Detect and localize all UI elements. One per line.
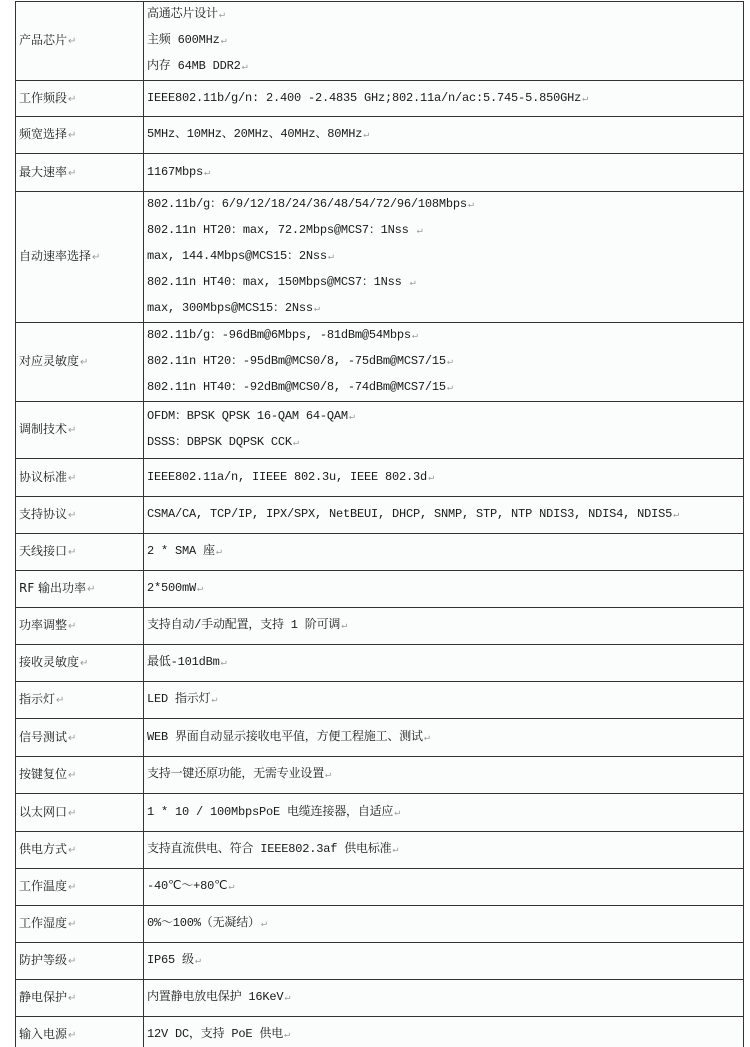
spec-value: 支持一键还原功能，无需专业设置↵ bbox=[144, 757, 744, 794]
paragraph-mark-icon: ↵ bbox=[80, 658, 88, 669]
paragraph-mark-icon: ↵ bbox=[68, 956, 76, 967]
spec-row: 支持协议↵ CSMA/CA, TCP/IP, IPX/SPX, NetBEUI,… bbox=[16, 497, 744, 534]
paragraph-mark-icon: ↵ bbox=[68, 845, 76, 856]
paragraph-mark-icon: ↵ bbox=[363, 130, 369, 141]
spec-value: IEEE802.11a/n, IIEEE 802.3u, IEEE 802.3d… bbox=[144, 459, 744, 497]
spec-label-text: 供电方式 bbox=[19, 842, 67, 856]
spec-label-text: 输入电源 bbox=[19, 1027, 67, 1041]
spec-value: 高通芯片设计↵主频 600MHz↵内存 64MB DDR2↵ bbox=[144, 2, 744, 81]
spec-value-line: CSMA/CA, TCP/IP, IPX/SPX, NetBEUI, DHCP,… bbox=[147, 502, 741, 528]
spec-value: 最低-101dBm↵ bbox=[144, 645, 744, 682]
spec-row: 对应灵敏度↵ 802.11b/g：-96dBm@6Mbps, -81dBm@54… bbox=[16, 323, 744, 402]
spec-row: 工作频段↵ IEEE802.11b/g/n: 2.400 -2.4835 GHz… bbox=[16, 81, 744, 117]
spec-value: 1167Mbps↵ bbox=[144, 154, 744, 192]
spec-row: 接收灵敏度↵ 最低-101dBm↵ bbox=[16, 645, 744, 682]
spec-value-line: 内置静电放电保护 16KeV↵ bbox=[147, 985, 741, 1011]
spec-value: IEEE802.11b/g/n: 2.400 -2.4835 GHz;802.1… bbox=[144, 81, 744, 117]
spec-label: 频宽选择↵ bbox=[16, 117, 144, 154]
spec-label: 自动速率选择↵ bbox=[16, 192, 144, 323]
paragraph-mark-icon: ↵ bbox=[68, 1030, 76, 1041]
paragraph-mark-icon: ↵ bbox=[221, 36, 227, 47]
spec-value-line: 内存 64MB DDR2↵ bbox=[147, 54, 741, 80]
paragraph-mark-icon: ↵ bbox=[424, 733, 430, 744]
spec-label-text: 工作温度 bbox=[19, 879, 67, 893]
spec-value: 12V DC，支持 PoE 供电↵ bbox=[144, 1017, 744, 1047]
spec-label: 工作频段↵ bbox=[16, 81, 144, 117]
paragraph-mark-icon: ↵ bbox=[68, 770, 76, 781]
paragraph-mark-icon: ↵ bbox=[221, 658, 227, 669]
spec-value-line: 802.11b/g：-96dBm@6Mbps, -81dBm@54Mbps↵ bbox=[147, 323, 741, 349]
paragraph-mark-icon: ↵ bbox=[68, 919, 76, 930]
paragraph-mark-icon: ↵ bbox=[314, 304, 320, 315]
paragraph-mark-icon: ↵ bbox=[410, 278, 416, 289]
spec-value: 802.11b/g：-96dBm@6Mbps, -81dBm@54Mbps↵80… bbox=[144, 323, 744, 402]
spec-row: 调制技术↵ OFDM：BPSK QPSK 16-QAM 64-QAM↵DSSS：… bbox=[16, 402, 744, 459]
spec-value-line: 高通芯片设计↵ bbox=[147, 2, 741, 28]
paragraph-mark-icon: ↵ bbox=[219, 10, 225, 21]
spec-value-line: 802.11b/g：6/9/12/18/24/36/48/54/72/96/10… bbox=[147, 192, 741, 218]
spec-value-line: LED 指示灯↵ bbox=[147, 687, 741, 713]
paragraph-mark-icon: ↵ bbox=[68, 36, 76, 47]
spec-value-line: 2*500mW↵ bbox=[147, 576, 741, 602]
paragraph-mark-icon: ↵ bbox=[328, 252, 334, 263]
spec-value-line: 支持直流供电、符合 IEEE802.3af 供电标准↵ bbox=[147, 837, 741, 863]
paragraph-mark-icon: ↵ bbox=[468, 200, 474, 211]
paragraph-mark-icon: ↵ bbox=[582, 94, 588, 105]
spec-value: 5MHz、10MHz、20MHz、40MHz、80MHz↵ bbox=[144, 117, 744, 154]
spec-row: 防护等级↵ IP65 级↵ bbox=[16, 943, 744, 980]
spec-value-line: WEB 界面自动显示接收电平值，方便工程施工、测试↵ bbox=[147, 725, 741, 751]
spec-label-text: 工作频段 bbox=[19, 91, 67, 105]
spec-label-text: 接收灵敏度 bbox=[19, 655, 79, 669]
spec-value: 支持直流供电、符合 IEEE802.3af 供电标准↵ bbox=[144, 832, 744, 869]
spec-value-line: OFDM：BPSK QPSK 16-QAM 64-QAM↵ bbox=[147, 404, 741, 430]
spec-label-text: 产品芯片 bbox=[19, 33, 67, 47]
spec-value: -40℃～+80℃↵ bbox=[144, 869, 744, 906]
spec-value-line: IEEE802.11b/g/n: 2.400 -2.4835 GHz;802.1… bbox=[147, 86, 741, 112]
paragraph-mark-icon: ↵ bbox=[68, 993, 76, 1004]
spec-row: 功率调整↵ 支持自动/手动配置，支持 1 阶可调↵ bbox=[16, 608, 744, 645]
paragraph-mark-icon: ↵ bbox=[87, 584, 95, 595]
paragraph-mark-icon: ↵ bbox=[392, 845, 398, 856]
spec-value-line: 12V DC，支持 PoE 供电↵ bbox=[147, 1022, 741, 1047]
paragraph-mark-icon: ↵ bbox=[216, 547, 222, 558]
spec-label-text: 按键复位 bbox=[19, 767, 67, 781]
spec-label-text: 功率调整 bbox=[19, 618, 67, 632]
paragraph-mark-icon: ↵ bbox=[68, 425, 76, 436]
spec-value-line: 802.11n HT40：max, 150Mbps@MCS7：1Nss ↵ bbox=[147, 270, 741, 296]
spec-label: 天线接口↵ bbox=[16, 534, 144, 571]
paragraph-mark-icon: ↵ bbox=[68, 621, 76, 632]
spec-value: 802.11b/g：6/9/12/18/24/36/48/54/72/96/10… bbox=[144, 192, 744, 323]
paragraph-mark-icon: ↵ bbox=[80, 357, 88, 368]
spec-value: 内置静电放电保护 16KeV↵ bbox=[144, 980, 744, 1017]
spec-value: 支持自动/手动配置，支持 1 阶可调↵ bbox=[144, 608, 744, 645]
spec-label: 调制技术↵ bbox=[16, 402, 144, 459]
spec-value-line: 1 * 10 / 100MbpsPoE 电缆连接器，自适应↵ bbox=[147, 800, 741, 826]
spec-label-text: 自动速率选择 bbox=[19, 249, 91, 263]
spec-label: 协议标准↵ bbox=[16, 459, 144, 497]
spec-label-text: 指示灯 bbox=[19, 692, 55, 706]
spec-value: OFDM：BPSK QPSK 16-QAM 64-QAM↵DSSS：DBPSK … bbox=[144, 402, 744, 459]
paragraph-mark-icon: ↵ bbox=[284, 1030, 290, 1041]
spec-value-line: 0%～100%（无凝结）↵ bbox=[147, 911, 741, 937]
spec-table: 产品芯片↵ 高通芯片设计↵主频 600MHz↵内存 64MB DDR2↵ 工作频… bbox=[15, 1, 744, 1047]
spec-value: IP65 级↵ bbox=[144, 943, 744, 980]
spec-row: 输入电源↵ 12V DC，支持 PoE 供电↵ bbox=[16, 1017, 744, 1047]
spec-label: 功率调整↵ bbox=[16, 608, 144, 645]
spec-label-text: 以太网口 bbox=[19, 805, 67, 819]
spec-value-line: 5MHz、10MHz、20MHz、40MHz、80MHz↵ bbox=[147, 122, 741, 148]
spec-label: RF 输出功率↵ bbox=[16, 571, 144, 608]
spec-value-line: 802.11n HT20：max, 72.2Mbps@MCS7：1Nss ↵ bbox=[147, 218, 741, 244]
spec-value-line: 支持自动/手动配置，支持 1 阶可调↵ bbox=[147, 613, 741, 639]
spec-value-line: 最低-101dBm↵ bbox=[147, 650, 741, 676]
paragraph-mark-icon: ↵ bbox=[341, 621, 347, 632]
spec-label-text: 天线接口 bbox=[19, 544, 67, 558]
paragraph-mark-icon: ↵ bbox=[394, 808, 400, 819]
spec-label: 工作湿度↵ bbox=[16, 906, 144, 943]
paragraph-mark-icon: ↵ bbox=[447, 357, 453, 368]
spec-label-text: 调制技术 bbox=[19, 422, 67, 436]
spec-label: 供电方式↵ bbox=[16, 832, 144, 869]
paragraph-mark-icon: ↵ bbox=[447, 383, 453, 394]
spec-label: 输入电源↵ bbox=[16, 1017, 144, 1047]
paragraph-mark-icon: ↵ bbox=[261, 919, 267, 930]
spec-value-line: 2 * SMA 座↵ bbox=[147, 539, 741, 565]
paragraph-mark-icon: ↵ bbox=[197, 584, 203, 595]
spec-row: 最大速率↵ 1167Mbps↵ bbox=[16, 154, 744, 192]
spec-value-line: 1167Mbps↵ bbox=[147, 160, 741, 186]
spec-row: 以太网口↵ 1 * 10 / 100MbpsPoE 电缆连接器，自适应↵ bbox=[16, 794, 744, 832]
paragraph-mark-icon: ↵ bbox=[284, 993, 290, 1004]
spec-label-text: 静电保护 bbox=[19, 990, 67, 1004]
spec-label: 信号测试↵ bbox=[16, 719, 144, 757]
paragraph-mark-icon: ↵ bbox=[68, 510, 76, 521]
spec-value: 2 * SMA 座↵ bbox=[144, 534, 744, 571]
paragraph-mark-icon: ↵ bbox=[68, 168, 76, 179]
paragraph-mark-icon: ↵ bbox=[92, 252, 100, 263]
spec-row: 指示灯↵ LED 指示灯↵ bbox=[16, 682, 744, 719]
paragraph-mark-icon: ↵ bbox=[68, 130, 76, 141]
spec-table-body: 产品芯片↵ 高通芯片设计↵主频 600MHz↵内存 64MB DDR2↵ 工作频… bbox=[16, 2, 744, 1047]
paragraph-mark-icon: ↵ bbox=[673, 510, 679, 521]
spec-value: WEB 界面自动显示接收电平值，方便工程施工、测试↵ bbox=[144, 719, 744, 757]
spec-value: 2*500mW↵ bbox=[144, 571, 744, 608]
spec-row: 天线接口↵ 2 * SMA 座↵ bbox=[16, 534, 744, 571]
paragraph-mark-icon: ↵ bbox=[228, 882, 234, 893]
spec-value-line: max, 300Mbps@MCS15：2Nss↵ bbox=[147, 296, 741, 322]
spec-label: 工作温度↵ bbox=[16, 869, 144, 906]
spec-label-text: 信号测试 bbox=[19, 730, 67, 744]
spec-label: 静电保护↵ bbox=[16, 980, 144, 1017]
spec-row: 按键复位↵ 支持一键还原功能，无需专业设置↵ bbox=[16, 757, 744, 794]
spec-value-line: IP65 级↵ bbox=[147, 948, 741, 974]
paragraph-mark-icon: ↵ bbox=[412, 331, 418, 342]
paragraph-mark-icon: ↵ bbox=[68, 547, 76, 558]
spec-value-line: 802.11n HT40：-92dBm@MCS0/8, -74dBm@MCS7/… bbox=[147, 375, 741, 401]
spec-label-text: 最大速率 bbox=[19, 165, 67, 179]
spec-row: RF 输出功率↵ 2*500mW↵ bbox=[16, 571, 744, 608]
spec-row: 静电保护↵ 内置静电放电保护 16KeV↵ bbox=[16, 980, 744, 1017]
spec-label-text: 协议标准 bbox=[19, 470, 67, 484]
spec-label-text: 频宽选择 bbox=[19, 127, 67, 141]
spec-label: 产品芯片↵ bbox=[16, 2, 144, 81]
paragraph-mark-icon: ↵ bbox=[195, 956, 201, 967]
spec-label: 对应灵敏度↵ bbox=[16, 323, 144, 402]
spec-value-line: max, 144.4Mbps@MCS15：2Nss↵ bbox=[147, 244, 741, 270]
paragraph-mark-icon: ↵ bbox=[68, 808, 76, 819]
spec-row: 工作湿度↵ 0%～100%（无凝结）↵ bbox=[16, 906, 744, 943]
spec-label-text: 工作湿度 bbox=[19, 916, 67, 930]
spec-row: 频宽选择↵ 5MHz、10MHz、20MHz、40MHz、80MHz↵ bbox=[16, 117, 744, 154]
spec-row: 自动速率选择↵ 802.11b/g：6/9/12/18/24/36/48/54/… bbox=[16, 192, 744, 323]
spec-label: 接收灵敏度↵ bbox=[16, 645, 144, 682]
spec-label: 按键复位↵ bbox=[16, 757, 144, 794]
paragraph-mark-icon: ↵ bbox=[68, 882, 76, 893]
spec-value-line: 主频 600MHz↵ bbox=[147, 28, 741, 54]
paragraph-mark-icon: ↵ bbox=[349, 412, 355, 423]
spec-value-line: IEEE802.11a/n, IIEEE 802.3u, IEEE 802.3d… bbox=[147, 465, 741, 491]
spec-value: 1 * 10 / 100MbpsPoE 电缆连接器，自适应↵ bbox=[144, 794, 744, 832]
spec-row: 产品芯片↵ 高通芯片设计↵主频 600MHz↵内存 64MB DDR2↵ bbox=[16, 2, 744, 81]
spec-label: 支持协议↵ bbox=[16, 497, 144, 534]
spec-label: 防护等级↵ bbox=[16, 943, 144, 980]
spec-label-text: RF 输出功率 bbox=[19, 581, 86, 595]
spec-row: 信号测试↵ WEB 界面自动显示接收电平值，方便工程施工、测试↵ bbox=[16, 719, 744, 757]
spec-value: CSMA/CA, TCP/IP, IPX/SPX, NetBEUI, DHCP,… bbox=[144, 497, 744, 534]
paragraph-mark-icon: ↵ bbox=[68, 733, 76, 744]
paragraph-mark-icon: ↵ bbox=[428, 473, 434, 484]
spec-row: 供电方式↵ 支持直流供电、符合 IEEE802.3af 供电标准↵ bbox=[16, 832, 744, 869]
spec-label-text: 支持协议 bbox=[19, 507, 67, 521]
spec-value: LED 指示灯↵ bbox=[144, 682, 744, 719]
spec-value-line: DSSS：DBPSK DQPSK CCK↵ bbox=[147, 430, 741, 456]
spec-row: 工作温度↵ -40℃～+80℃↵ bbox=[16, 869, 744, 906]
paragraph-mark-icon: ↵ bbox=[68, 94, 76, 105]
spec-label: 指示灯↵ bbox=[16, 682, 144, 719]
paragraph-mark-icon: ↵ bbox=[204, 168, 210, 179]
spec-value-line: 802.11n HT20：-95dBm@MCS0/8, -75dBm@MCS7/… bbox=[147, 349, 741, 375]
spec-label: 以太网口↵ bbox=[16, 794, 144, 832]
spec-label-text: 对应灵敏度 bbox=[19, 354, 79, 368]
paragraph-mark-icon: ↵ bbox=[242, 62, 248, 73]
spec-value-line: -40℃～+80℃↵ bbox=[147, 874, 741, 900]
paragraph-mark-icon: ↵ bbox=[211, 695, 217, 706]
paragraph-mark-icon: ↵ bbox=[417, 226, 423, 237]
paragraph-mark-icon: ↵ bbox=[68, 473, 76, 484]
paragraph-mark-icon: ↵ bbox=[56, 695, 64, 706]
spec-value-line: 支持一键还原功能，无需专业设置↵ bbox=[147, 762, 741, 788]
paragraph-mark-icon: ↵ bbox=[293, 438, 299, 449]
spec-label-text: 防护等级 bbox=[19, 953, 67, 967]
spec-value: 0%～100%（无凝结）↵ bbox=[144, 906, 744, 943]
spec-row: 协议标准↵ IEEE802.11a/n, IIEEE 802.3u, IEEE … bbox=[16, 459, 744, 497]
spec-label: 最大速率↵ bbox=[16, 154, 144, 192]
paragraph-mark-icon: ↵ bbox=[325, 770, 331, 781]
